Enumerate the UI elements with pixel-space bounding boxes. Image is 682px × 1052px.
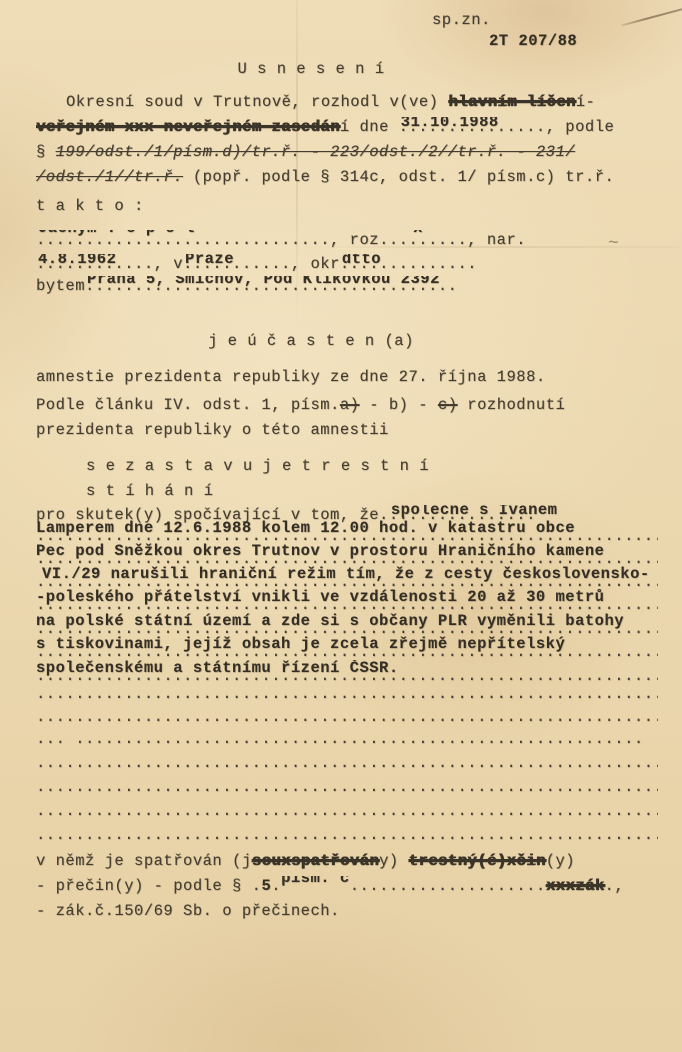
struck-jsou-spatrovany: souxspatřován [252,852,379,870]
scanned-court-document: ~ sp.zn. 2T 207/88 U s n e s e n í Okres… [0,0,682,1052]
deed-insert-value: společně s Ivanem [391,505,558,520]
intro-line-4-tail: (popř. podle § 314c, odst. 1/ písm.c) tr… [183,168,614,186]
deed-text: Lamperem dne 12.6.1988 kolem 12.00 hod. … [36,520,575,538]
precin-tail: ., [605,877,625,895]
intro-line-2-tail: , podle [546,118,615,136]
v-label: , v [154,255,183,273]
blank-dotted-row: ........................................… [36,709,658,727]
deed-text: s tiskovinami, jejíž obsah je zcela zřej… [36,636,565,654]
intro-line-3: § 199/odst./1/písm.d)/tr.ř. - 223/odst./… [36,142,658,162]
intro-line-1: Okresní soud v Trutnově, rozhodl v(ve) h… [36,92,658,112]
deed-row: ........................................… [36,636,658,662]
address-value: Praha 5, Smíchov, Pod Klikovkou 2392 [87,276,440,289]
name-field: Jáchym T o p o l........................… [36,230,330,250]
precin-dot: . [271,877,281,895]
birthdate-field: 4.8.1962............ [36,254,154,274]
birthplace-value: Praze [185,254,234,269]
decision-date-field: 31.10.1988............... [399,117,546,137]
pism-c-superscript: písm. c [281,876,350,887]
district-field: dtto.............. [340,254,477,274]
takto-label: t a k t o : [36,196,658,216]
dotted-line: ........................................… [36,827,658,845]
struck-legal-citation-1: 199/odst./1/písm.d)/tr.ř. - 223/odst./2/… [56,143,575,161]
roz-dotted-line: ......... [379,231,467,249]
precin-dotted-line: .................... [350,877,546,895]
article-line-2: prezidenta republiky o této amnestii [36,420,658,440]
file-number-label: sp.zn. [432,10,658,30]
blank-dotted-row: ........................................… [36,779,658,797]
dotted-line: ........................................… [36,779,658,797]
deed-text: na polské státní území a zde si s občany… [36,613,624,631]
verdict-heading-2: s t í h á n í [86,481,658,501]
intro-line-1-tail: í- [576,93,596,111]
qualification-tail: (y) [546,852,575,870]
okr-label: , okr [291,255,340,273]
nar-label: , nar. [467,231,526,249]
qualification-line-2: - přečin(y) - podle § .5.písm. c........… [36,876,658,896]
struck-trestny-cin: trestný(é)xčin [408,852,545,870]
dotted-line: ........................................… [36,803,658,821]
qualification-line-1: v němž je spatřován (jsouxspatřovány) tr… [36,851,658,871]
blank-dotted-row: ... ....................................… [36,731,658,749]
intro-line-2: veřejném xxx neveřejném zasedání dne 31.… [36,117,658,137]
deed-text: -poleského přátelství vnikli ve vzdáleno… [36,589,605,607]
document-title: U s n e s e n í [0,59,622,79]
participation-heading: j e ú č a s t e n (a) [0,331,622,351]
qualification-mid: y) [379,852,408,870]
dotted-line: ........................................… [36,709,658,727]
struck-pism-c: c) [438,396,458,414]
deed-row: ........................................… [36,589,658,615]
roz-label: , roz [330,231,379,249]
dotted-line: ........................................… [36,686,658,704]
blank-dotted-row: ........................................… [36,803,658,821]
article-pre: Podle článku IV. odst. 1, písm. [36,396,340,414]
deed-text: VI./29 narušili hraniční režim tím, že z… [42,566,650,584]
article-line-1: Podle článku IV. odst. 1, písm.a) - b) -… [36,395,658,415]
verdict-heading-1: s e z a s t a v u j e t r e s t n í [86,456,658,476]
case-number: 2T 207/88 [489,31,658,51]
precin-pre: - přečin(y) - podle § . [36,877,261,895]
birthplace-field: Praze........... [183,254,291,274]
blank-dotted-row: ........................................… [36,755,658,773]
roz-field: x......... [379,230,467,250]
name-value: Jáchym T o p o l [38,230,195,238]
intro-line-1-text: Okresní soud v Trutnově, rozhodl v(ve) [66,93,448,111]
bytem-label: bytem [36,277,85,295]
deed-text: Pec pod Sněžkou okres Trutnov v prostoru… [36,543,605,561]
roz-value: x [413,230,423,238]
paragraph-number-value: 5 [261,877,271,895]
struck-zak: xxxzák [546,877,605,895]
article-tail: rozhodnutí [458,396,566,414]
decision-date-value: 31.10.1988 [401,117,499,132]
deed-row: ........................................… [36,660,658,686]
address-field: Praha 5, Smíchov, Pod Klikovkou 2392....… [85,276,457,296]
intro-line-2-mid: í dne [340,118,399,136]
birthdate-value: 4.8.1962 [38,254,116,269]
person-birth-row: 4.8.1962............, vPraze...........,… [36,254,658,274]
dotted-line: ... ....................................… [36,731,644,749]
deed-text: společenskému a státnímu řízení ČSSR. [36,660,399,678]
struck-hlavnim-liceni: hlavním líčen [448,93,575,111]
amnesty-line: amnestie prezidenta republiky ze dne 27.… [36,367,658,387]
struck-zasedani-options: veřejném xxx neveřejném zasedán [36,118,340,136]
dotted-line: ........................................… [36,755,658,773]
qualification-line-3: - zák.č.150/69 Sb. o přečinech. [36,901,658,921]
qualification-pre: v němž je spatřován (j [36,852,252,870]
blank-dotted-row: ........................................… [36,827,658,845]
person-name-row: Jáchym T o p o l........................… [36,230,658,250]
district-value: dtto [342,254,381,269]
person-address-row: bytemPraha 5, Smíchov, Pod Klikovkou 239… [36,276,658,296]
paragraph-sign: § [36,143,56,161]
intro-line-4: /odst./1//tr.ř. (popř. podle § 314c, ods… [36,167,658,187]
article-mid: - b) - [359,396,437,414]
blank-dotted-row: ........................................… [36,686,658,704]
struck-legal-citation-2: /odst./1//tr.ř. [36,168,183,186]
struck-pism-a: a) [340,396,360,414]
